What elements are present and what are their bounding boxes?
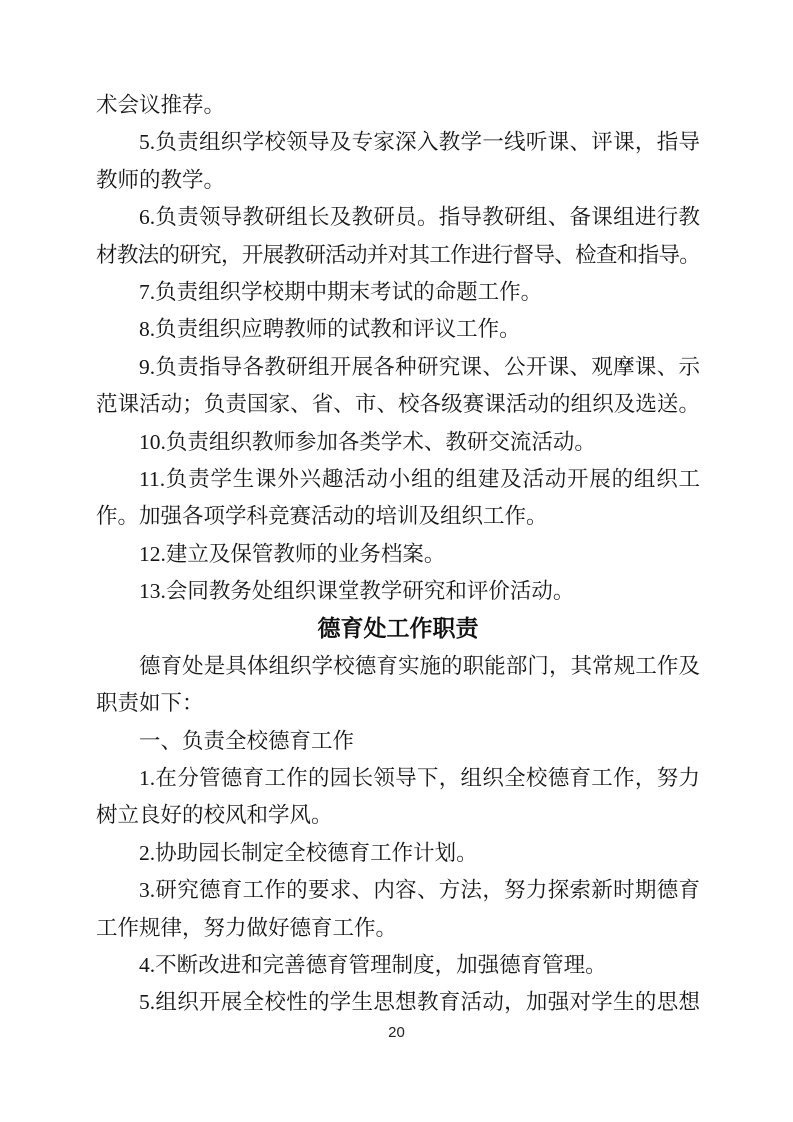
text-line: 树立良好的校风和学风。 bbox=[96, 797, 700, 834]
text-line: 1.在分管德育工作的园长领导下，组织全校德育工作，努力 bbox=[96, 760, 700, 797]
text-line: 德育处是具体组织学校德育实施的职能部门，其常规工作及 bbox=[96, 648, 700, 685]
text-line: 9.负责指导各教研组开展各种研究课、公开课、观摩课、示 bbox=[96, 349, 700, 386]
text-line: 一、负责全校德育工作 bbox=[96, 723, 700, 760]
text-line: 工作规律，努力做好德育工作。 bbox=[96, 910, 700, 947]
text-line: 7.负责组织学校期中期末考试的命题工作。 bbox=[96, 274, 700, 311]
document-body: 术会议推荐。 5.负责组织学校领导及专家深入教学一线听课、评课，指导 教师的教学… bbox=[96, 87, 700, 1022]
text-line: 13.会同教务处组织课堂教学研究和评价活动。 bbox=[96, 573, 700, 610]
text-line: 8.负责组织应聘教师的试教和评议工作。 bbox=[96, 311, 700, 348]
text-line: 3.研究德育工作的要求、内容、方法，努力探索新时期德育 bbox=[96, 872, 700, 909]
section-heading: 德育处工作职责 bbox=[96, 610, 700, 647]
page-number: 20 bbox=[0, 1024, 793, 1041]
document-page: 术会议推荐。 5.负责组织学校领导及专家深入教学一线听课、评课，指导 教师的教学… bbox=[0, 0, 793, 1122]
text-line: 材教法的研究，开展教研活动并对其工作进行督导、检查和指导。 bbox=[96, 237, 700, 274]
text-line: 6.负责领导教研组长及教研员。指导教研组、备课组进行教 bbox=[96, 199, 700, 236]
text-line: 12.建立及保管教师的业务档案。 bbox=[96, 536, 700, 573]
text-line: 职责如下： bbox=[96, 685, 700, 722]
text-line: 5.负责组织学校领导及专家深入教学一线听课、评课，指导 bbox=[96, 124, 700, 161]
text-line: 术会议推荐。 bbox=[96, 87, 700, 124]
text-line: 11.负责学生课外兴趣活动小组的组建及活动开展的组织工 bbox=[96, 461, 700, 498]
text-line: 作。加强各项学科竞赛活动的培训及组织工作。 bbox=[96, 498, 700, 535]
text-line: 范课活动；负责国家、省、市、校各级赛课活动的组织及选送。 bbox=[96, 386, 700, 423]
text-line: 5.组织开展全校性的学生思想教育活动，加强对学生的思想 bbox=[96, 984, 700, 1021]
text-line: 教师的教学。 bbox=[96, 162, 700, 199]
text-line: 4.不断改进和完善德育管理制度，加强德育管理。 bbox=[96, 947, 700, 984]
text-line: 10.负责组织教师参加各类学术、教研交流活动。 bbox=[96, 424, 700, 461]
text-line: 2.协助园长制定全校德育工作计划。 bbox=[96, 835, 700, 872]
